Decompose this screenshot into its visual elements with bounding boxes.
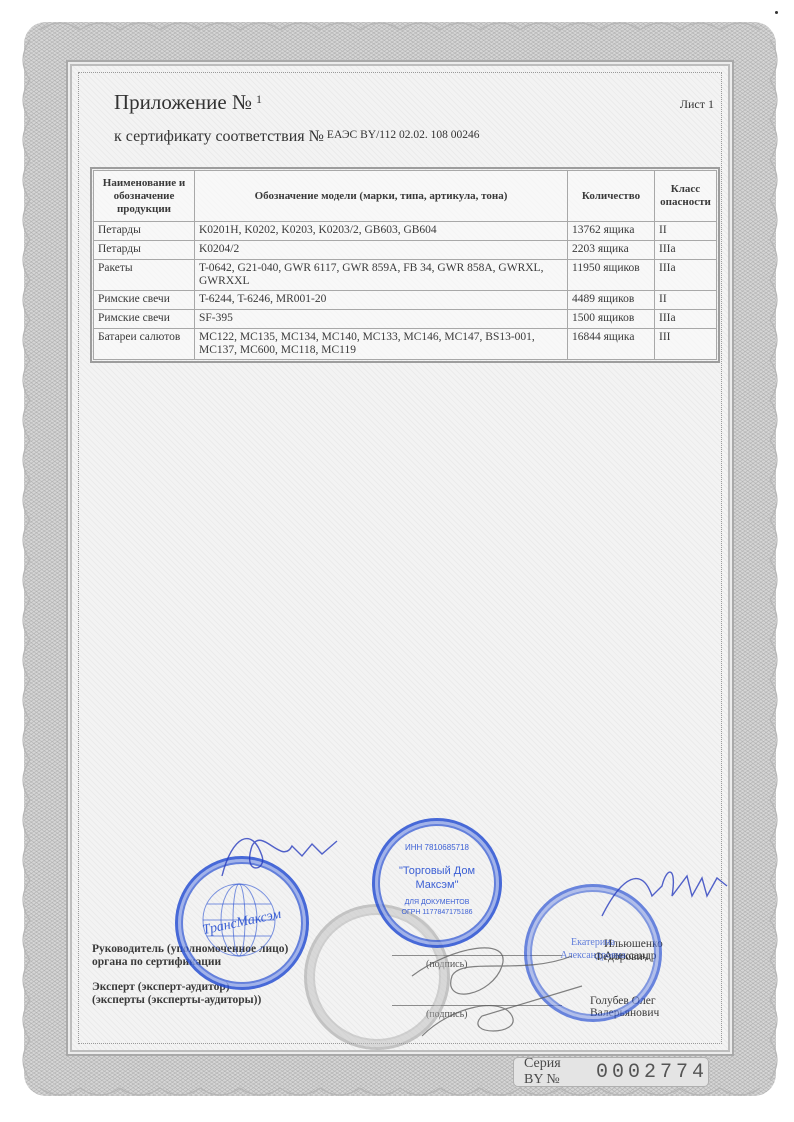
- cell-product: Батареи салютов: [94, 329, 195, 360]
- certificate-reference: к сертификату соответствия №ЕАЭС BY/112 …: [114, 128, 479, 146]
- cell-quantity: 11950 ящиков: [568, 260, 655, 291]
- header-quantity: Количество: [568, 171, 655, 222]
- cell-models: SF-395: [195, 310, 568, 329]
- cell-quantity: 1500 ящиков: [568, 310, 655, 329]
- appendix-number: 1: [256, 92, 262, 106]
- cell-quantity: 13762 ящика: [568, 222, 655, 241]
- appendix-title: Приложение №1: [114, 90, 262, 115]
- certificate-number: ЕАЭС BY/112 02.02. 108 00246: [327, 129, 480, 141]
- cell-product: Римские свечи: [94, 291, 195, 310]
- table-row: ПетардыK0204/22203 ящикаIIIa: [94, 241, 717, 260]
- document-frame: Приложение №1 Лист 1 к сертификату соотв…: [72, 66, 728, 1050]
- cell-product: Ракеты: [94, 260, 195, 291]
- cell-product: Петарды: [94, 241, 195, 260]
- cell-hazard-class: IIIa: [655, 241, 717, 260]
- cell-models: K0204/2: [195, 241, 568, 260]
- cell-models: K0201H, K0202, K0203, K0203/2, GB603, GB…: [195, 222, 568, 241]
- table-row: РакетыT-0642, G21-040, GWR 6117, GWR 859…: [94, 260, 717, 291]
- cell-quantity: 2203 ящика: [568, 241, 655, 260]
- table-header-row: Наименование и обозначение продукции Обо…: [94, 171, 717, 222]
- certificate-label: к сертификату соответствия №: [114, 128, 324, 145]
- appendix-title-text: Приложение №: [114, 90, 252, 114]
- series-label: Серия BY №: [524, 1056, 582, 1088]
- cell-product: Римские свечи: [94, 310, 195, 329]
- cell-hazard-class: IIIa: [655, 310, 717, 329]
- expert-label-line2: (эксперты (эксперты-аудиторы)): [92, 994, 261, 1007]
- products-table: Наименование и обозначение продукции Обо…: [93, 170, 717, 360]
- table-row: ПетардыK0201H, K0202, K0203, K0203/2, GB…: [94, 222, 717, 241]
- cell-hazard-class: IIIa: [655, 260, 717, 291]
- cell-hazard-class: III: [655, 329, 717, 360]
- signature-scribble-2: [392, 936, 592, 1046]
- cell-quantity: 4489 ящиков: [568, 291, 655, 310]
- cell-models: MC122, MC135, MC134, MC140, MC133, MC146…: [195, 329, 568, 360]
- signature-scribble-3: [592, 856, 732, 946]
- cell-hazard-class: II: [655, 291, 717, 310]
- series-number: 0002774: [596, 1061, 708, 1084]
- stamp2-sub: ДЛЯ ДОКУМЕНТОВ: [375, 899, 499, 906]
- stamp2-ogrn: ОГРН 1177847175186: [375, 909, 499, 916]
- header-hazard-class: Класс опасности: [655, 171, 717, 222]
- stamp2-center-line1: "Торговый Дом: [375, 865, 499, 877]
- header-models: Обозначение модели (марки, типа, артикул…: [195, 171, 568, 222]
- stamp2-center-line2: Максэм": [375, 879, 499, 891]
- header-product: Наименование и обозначение продукции: [94, 171, 195, 222]
- sheet-number: Лист 1: [680, 97, 714, 112]
- cell-models: T-0642, G21-040, GWR 6117, GWR 859A, FB …: [195, 260, 568, 291]
- cell-product: Петарды: [94, 222, 195, 241]
- table-row: Римские свечиT-6244, T-6246, MR001-20448…: [94, 291, 717, 310]
- corner-mark: [775, 11, 778, 14]
- stamp2-inn: ИНН 7810685718: [375, 843, 499, 852]
- signature-scribble-1: [212, 826, 342, 886]
- cell-hazard-class: II: [655, 222, 717, 241]
- cell-quantity: 16844 ящика: [568, 329, 655, 360]
- table-row: Батареи салютовMC122, MC135, MC134, MC14…: [94, 329, 717, 360]
- series-box: Серия BY № 0002774: [513, 1057, 709, 1087]
- trading-house-stamp: ИНН 7810685718 "Торговый Дом Максэм" ДЛЯ…: [372, 818, 502, 948]
- cell-models: T-6244, T-6246, MR001-20: [195, 291, 568, 310]
- table-row: Римские свечиSF-3951500 ящиковIIIa: [94, 310, 717, 329]
